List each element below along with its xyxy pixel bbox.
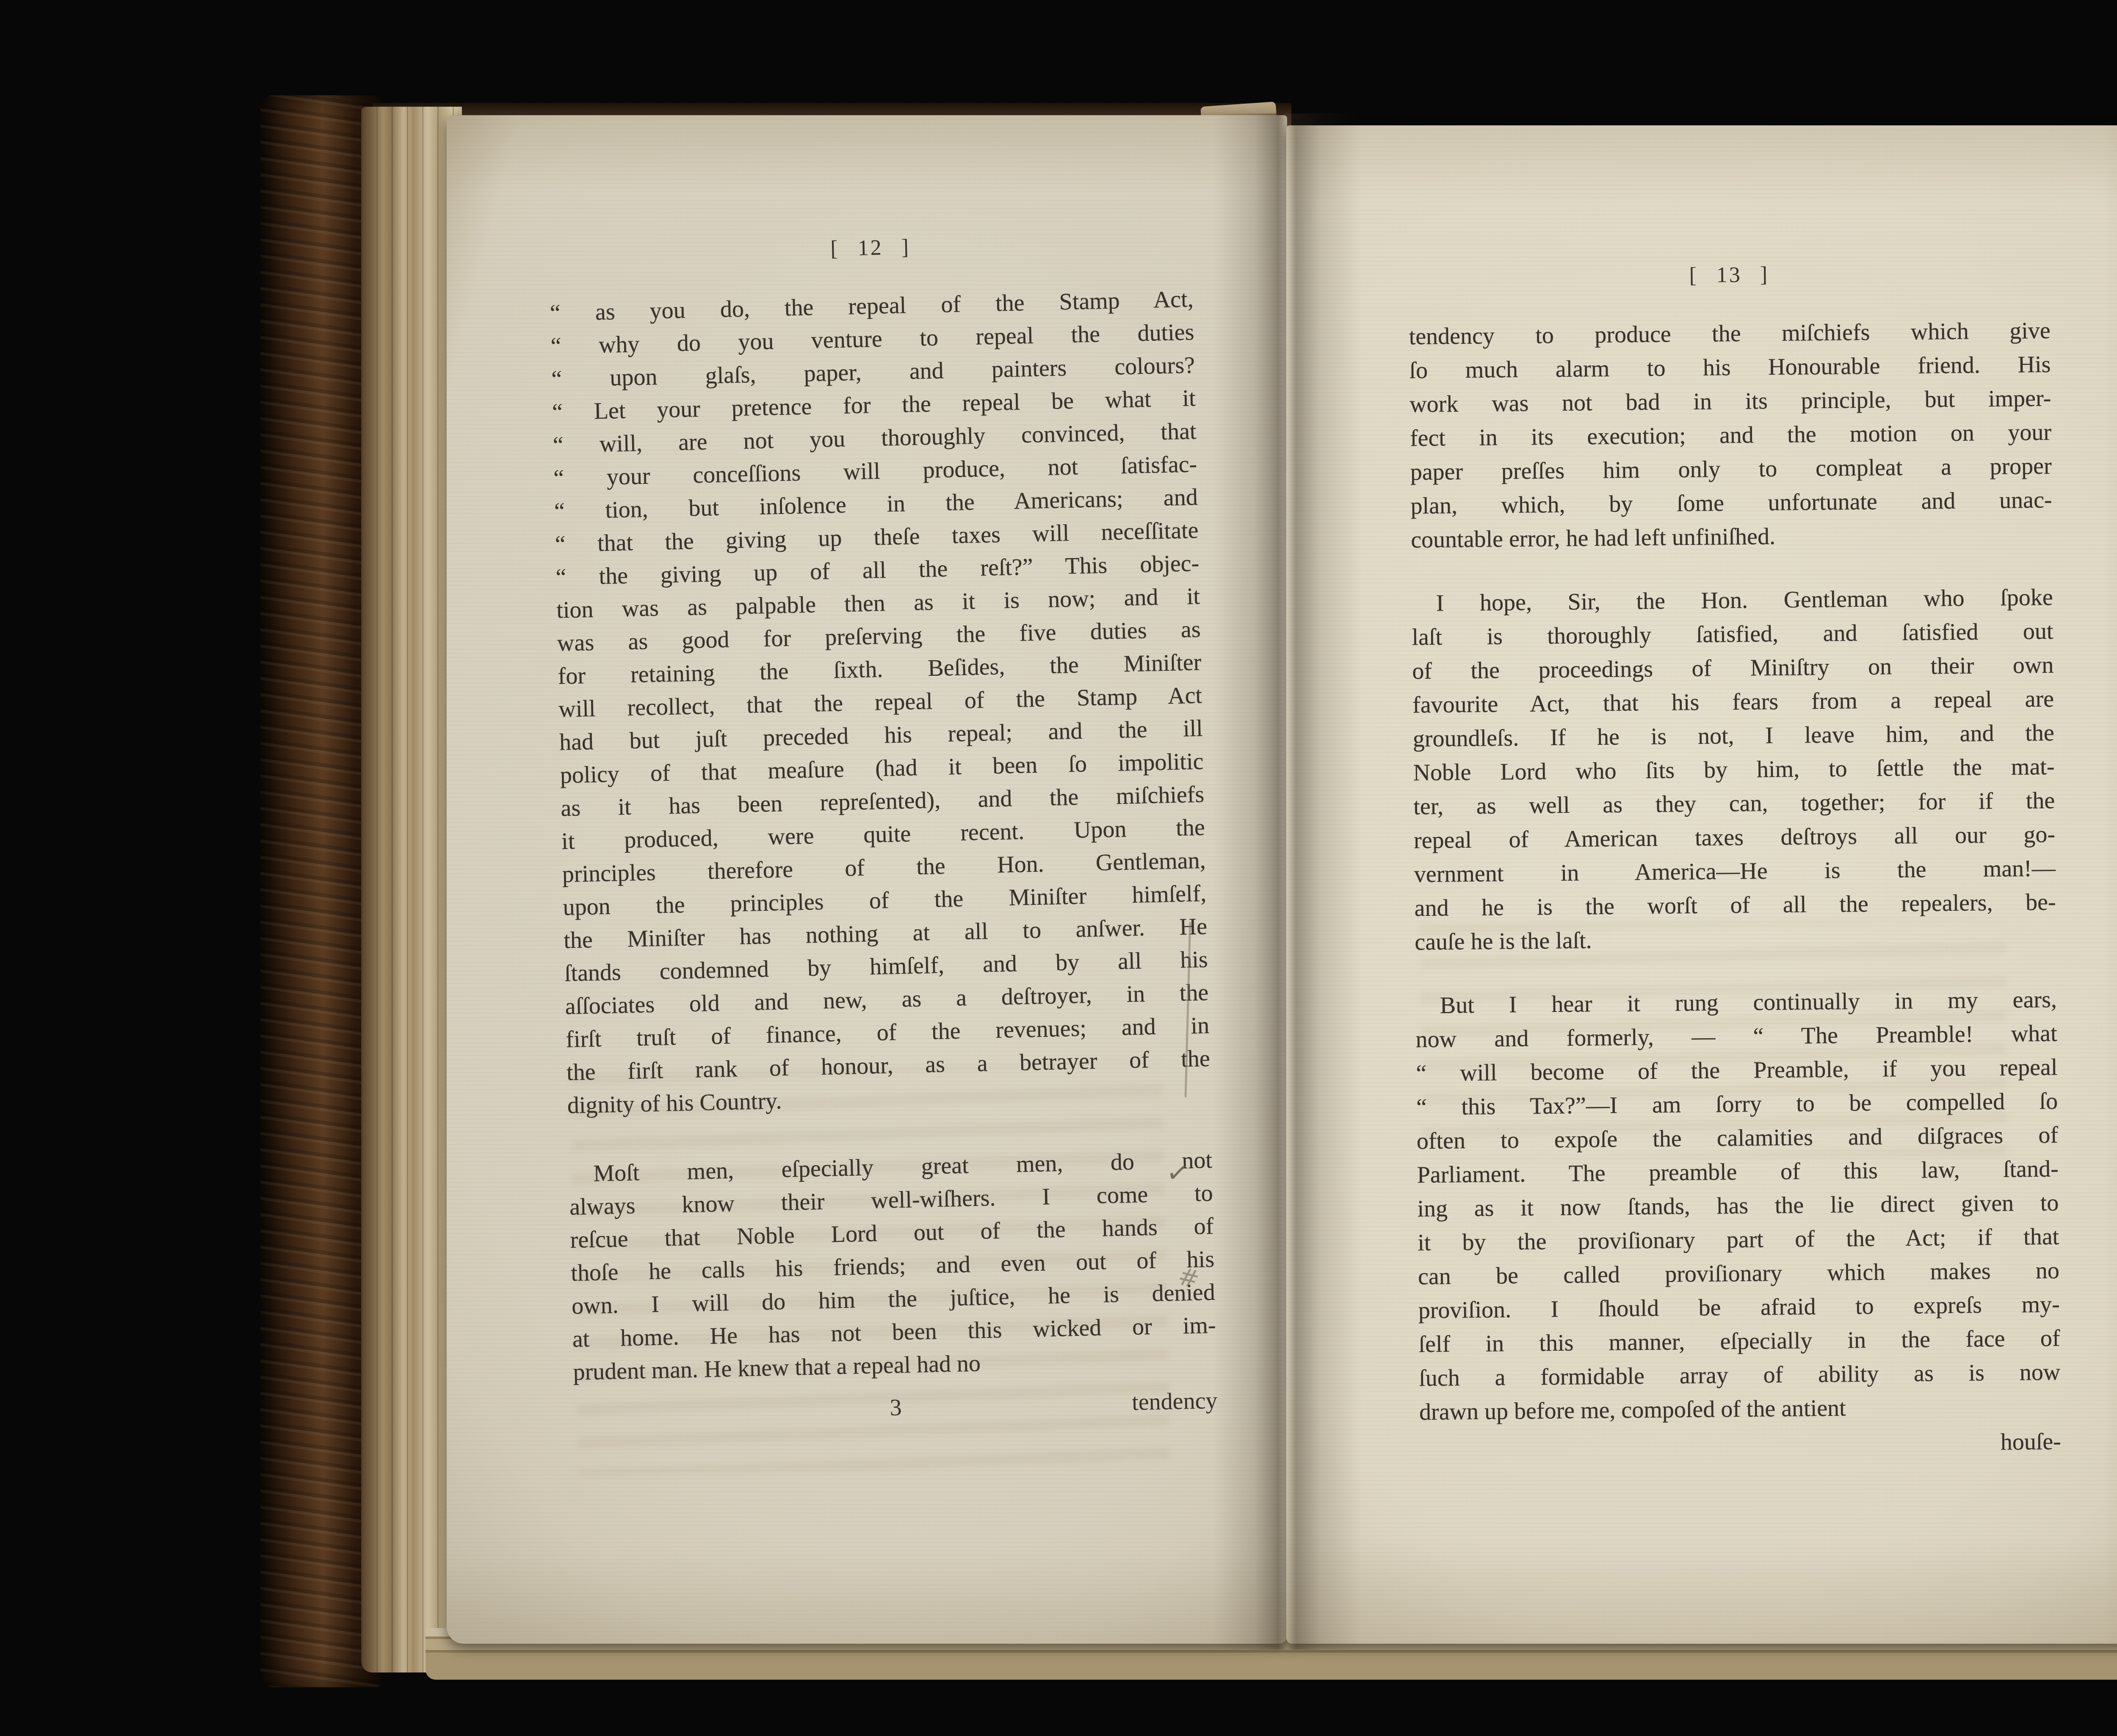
text-line: proviſion. I ſhould be afraid to expreſs… [1418,1288,2060,1328]
text-line: laſt is thoroughly ſatisfied, and ſatisf… [1412,614,2053,655]
text-line: cauſe he is the laſt. [1415,919,2056,959]
text-line: Noble Lord who ſits by him, to ſettle th… [1413,750,2055,790]
text-line: groundleſs. If he is not, I leave him, a… [1412,716,2054,756]
text-line: “ will become of the Preamble, if you re… [1416,1050,2058,1091]
text-line: But I hear it rung continually in my ear… [1415,983,2057,1023]
text-line: it by the proviſionary part of the Act; … [1418,1220,2059,1260]
text-line: ſo much alarm to his Honourable friend. … [1409,348,2051,388]
text-line: I hope, Sir, the Hon. Gentleman who ſpok… [1411,581,2053,621]
stain-smudge [2112,1468,2117,1540]
left-page-text: [ 12 ] “ as you do, the repeal of the St… [548,226,1218,1432]
text-line: fect in its execution; and the motion on… [1410,415,2052,456]
text-line: repeal of American taxes deſtroys all ou… [1414,818,2056,858]
page-footer: 3 tendency [574,1384,1218,1433]
text-line: and he is the worſt of all the repealers… [1414,885,2056,926]
text-line: ſelf in this manner, eſpecially in the f… [1418,1321,2060,1362]
text-line: can be called proviſionary which makes n… [1418,1254,2060,1294]
signature-mark: 3 [890,1391,902,1424]
book-photograph: [ 12 ] “ as you do, the repeal of the St… [0,0,2117,1736]
pencil-checkmark: ✓ [1164,1156,1191,1191]
text-line: ter, as well as they can, together; for … [1413,784,2055,824]
text-line: tendency to produce the miſchiefs which … [1409,314,2051,354]
catchword: houſe- [1420,1425,2062,1465]
text-line: ing as it now ſtands, has the lie direct… [1417,1186,2059,1226]
text-line: work was not bad in its principle, but i… [1409,381,2051,422]
left-page: [ 12 ] “ as you do, the repeal of the St… [447,115,1287,1644]
text-line: plan, which, by ſome unfortunate and una… [1410,483,2052,523]
page-number-header: [ 12 ] [548,226,1192,270]
text-line: Parliament. The preamble of this law, ſt… [1417,1152,2059,1192]
text-line: vernment in America—He is the man!— [1414,851,2056,892]
page-number-header: [ 13 ] [1408,257,2050,294]
text-line: often to expoſe the calamities and diſgr… [1417,1118,2059,1158]
catchword: tendency [1131,1384,1218,1419]
paragraph: “ as you do, the repeal of the Stamp Act… [550,282,1211,1122]
text-line: favourite Act, that his fears from a rep… [1412,682,2054,722]
right-page: [ 13 ] tendency to produce the miſchiefs… [1286,125,2117,1644]
text-line: now and formerly, — “ The Preamble! what [1415,1017,2057,1057]
right-page-text: [ 13 ] tendency to produce the miſchiefs… [1408,257,2061,1465]
text-line: ſuch a formidable array of ability as is… [1419,1355,2061,1396]
text-line: “ this Tax?”—I am ſorry to be compelled … [1416,1084,2058,1125]
text-line: of the proceedings of Miniſtry on their … [1412,648,2054,688]
paragraph: But I hear it rung continually in my ear… [1415,983,2061,1429]
paragraph: tendency to produce the miſchiefs which … [1409,314,2052,557]
text-line: countable error, he had left unfiniſhed. [1411,517,2053,557]
text-line: paper preſſes him only to compleat a pro… [1410,449,2052,489]
paragraph: Moſt men, eſpecially great men, do notal… [568,1144,1217,1389]
text-line: drawn up before me, compoſed of the anti… [1419,1389,2061,1429]
paragraph: I hope, Sir, the Hon. Gentleman who ſpok… [1411,581,2056,959]
